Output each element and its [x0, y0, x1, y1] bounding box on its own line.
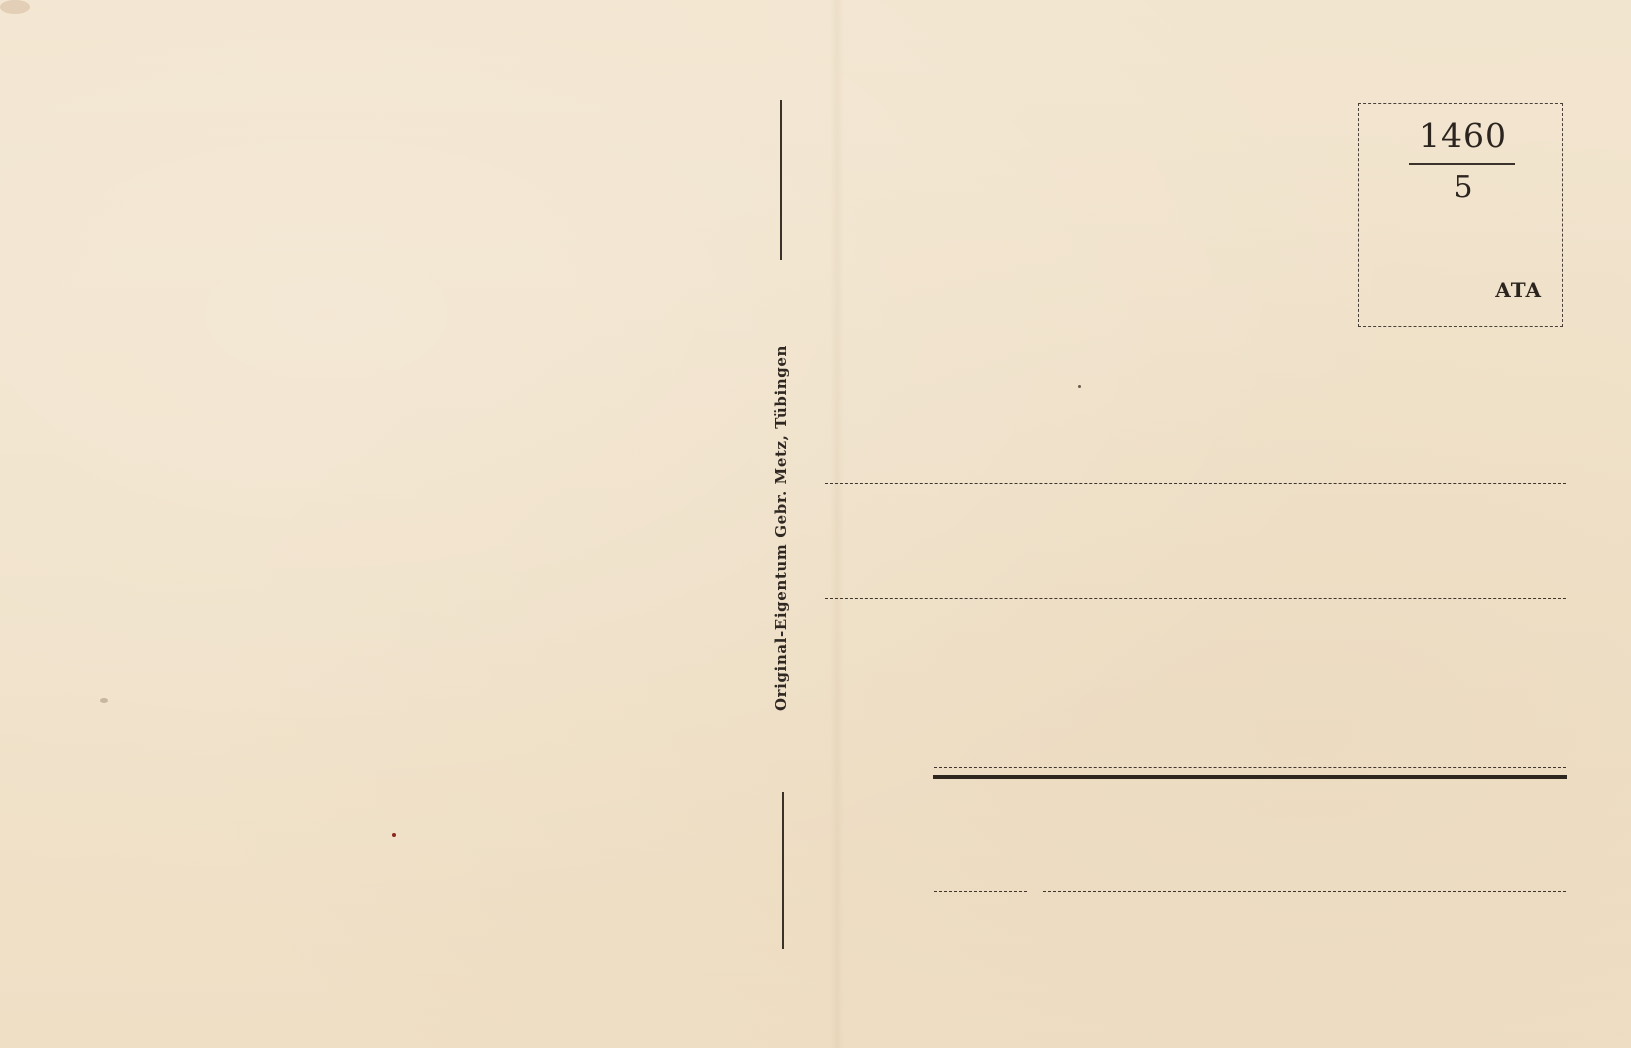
stamp-denominator: 5: [1409, 170, 1517, 205]
center-fold: [830, 0, 844, 1048]
stamp-mark: ATA: [1495, 278, 1542, 302]
fraction-rule: [1409, 163, 1515, 165]
address-line-4b: [1043, 891, 1566, 892]
paper-speck: [392, 833, 396, 837]
publisher-imprint: Original-Eigentum Gebr. Metz, Tübingen: [772, 345, 790, 711]
paper-speck: [1078, 385, 1081, 388]
paper-speck: [100, 698, 108, 703]
address-line-3-dashed: [934, 767, 1566, 768]
divider-line-top: [780, 100, 782, 260]
address-line-4a: [934, 891, 1027, 892]
address-line-1: [825, 483, 1566, 484]
postcard-back: Original-Eigentum Gebr. Metz, Tübingen 1…: [0, 0, 1631, 1048]
stamp-number: 1460: [1409, 116, 1517, 155]
divider-line-bottom: [782, 792, 784, 949]
paper-speck: [0, 0, 30, 14]
address-line-3-solid: [933, 775, 1567, 779]
stamp-box: 1460 5 ATA: [1358, 103, 1563, 327]
address-line-2: [825, 598, 1566, 599]
